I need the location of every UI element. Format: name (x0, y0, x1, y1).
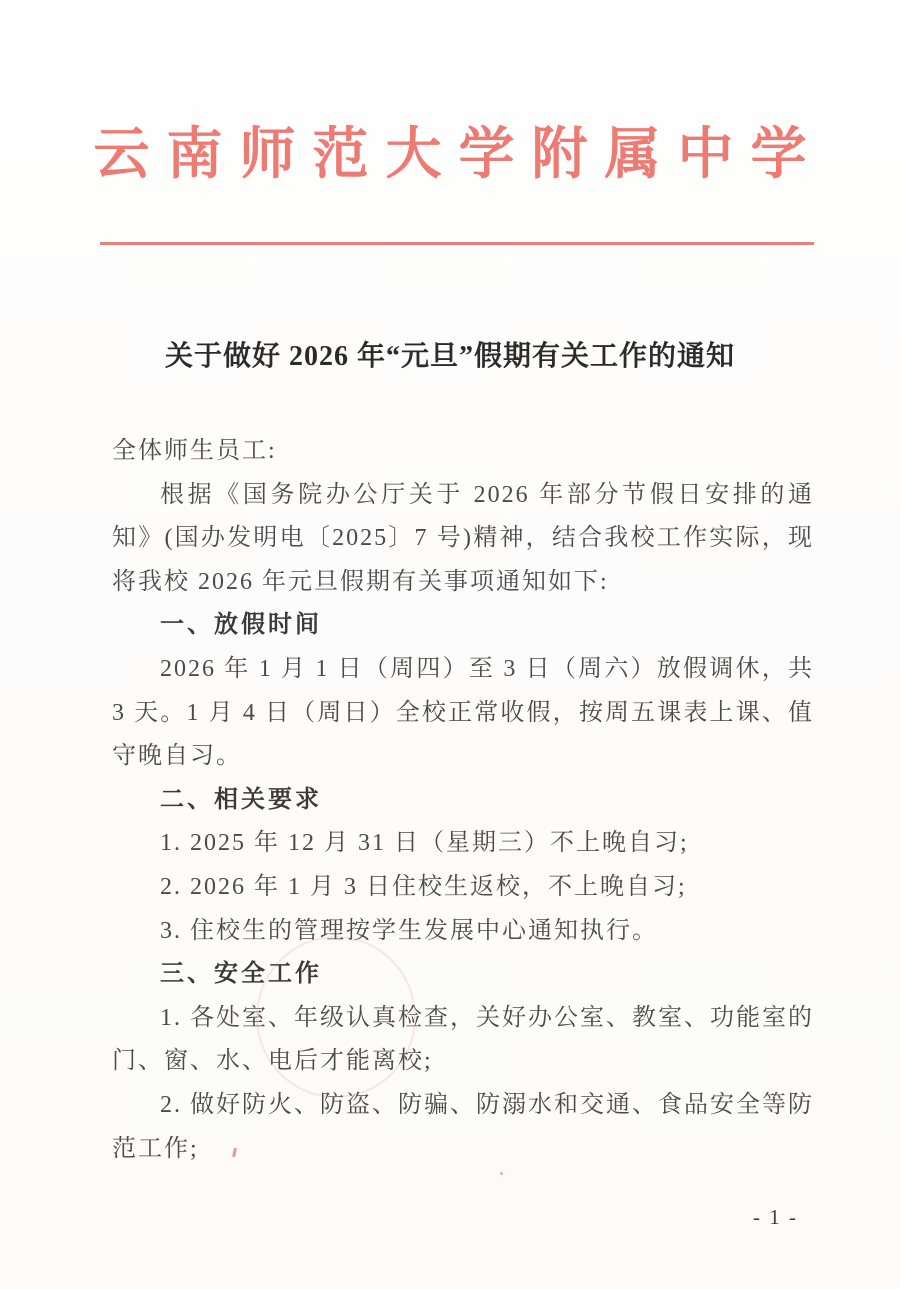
school-letterhead: 云南师范大学附属中学 (0, 110, 900, 190)
section-3-item-1: 1. 各处室、年级认真检查，关好办公室、教室、功能室的门、窗、水、电后才能离校; (112, 997, 814, 1084)
section-2-item-1: 1. 2025 年 12 月 31 日（星期三）不上晚自习; (112, 822, 814, 866)
notice-body: 全体师生员工: 根据《国务院办公厅关于 2026 年部分节假日安排的通知》(国办… (112, 430, 814, 1171)
notice-title: 关于做好 2026 年“元旦”假期有关工作的通知 (0, 334, 900, 374)
scan-speck (500, 1172, 503, 1175)
section-3-heading: 三、安全工作 (112, 953, 814, 997)
section-1-heading: 一、放假时间 (112, 604, 814, 648)
section-2-item-3: 3. 住校生的管理按学生发展中心通知执行。 (112, 910, 814, 954)
letterhead-divider (100, 242, 814, 245)
section-2-heading: 二、相关要求 (112, 779, 814, 823)
intro-paragraph: 根据《国务院办公厅关于 2026 年部分节假日安排的通知》(国办发明电〔2025… (112, 474, 814, 605)
page-number: - 1 - (753, 1205, 798, 1230)
seal-bleedthrough-mark (256, 936, 416, 1098)
section-3-item-2: 2. 做好防火、防盗、防骗、防溺水和交通、食品安全等防范工作; (112, 1084, 814, 1171)
section-2-item-2: 2. 2026 年 1 月 3 日住校生返校，不上晚自习; (112, 866, 814, 910)
salutation: 全体师生员工: (112, 430, 814, 474)
scanned-notice-page: 云南师范大学附属中学 关于做好 2026 年“元旦”假期有关工作的通知 全体师生… (0, 0, 900, 1289)
section-1-paragraph: 2026 年 1 月 1 日（周四）至 3 日（周六）放假调休，共 3 天。1 … (112, 648, 814, 779)
